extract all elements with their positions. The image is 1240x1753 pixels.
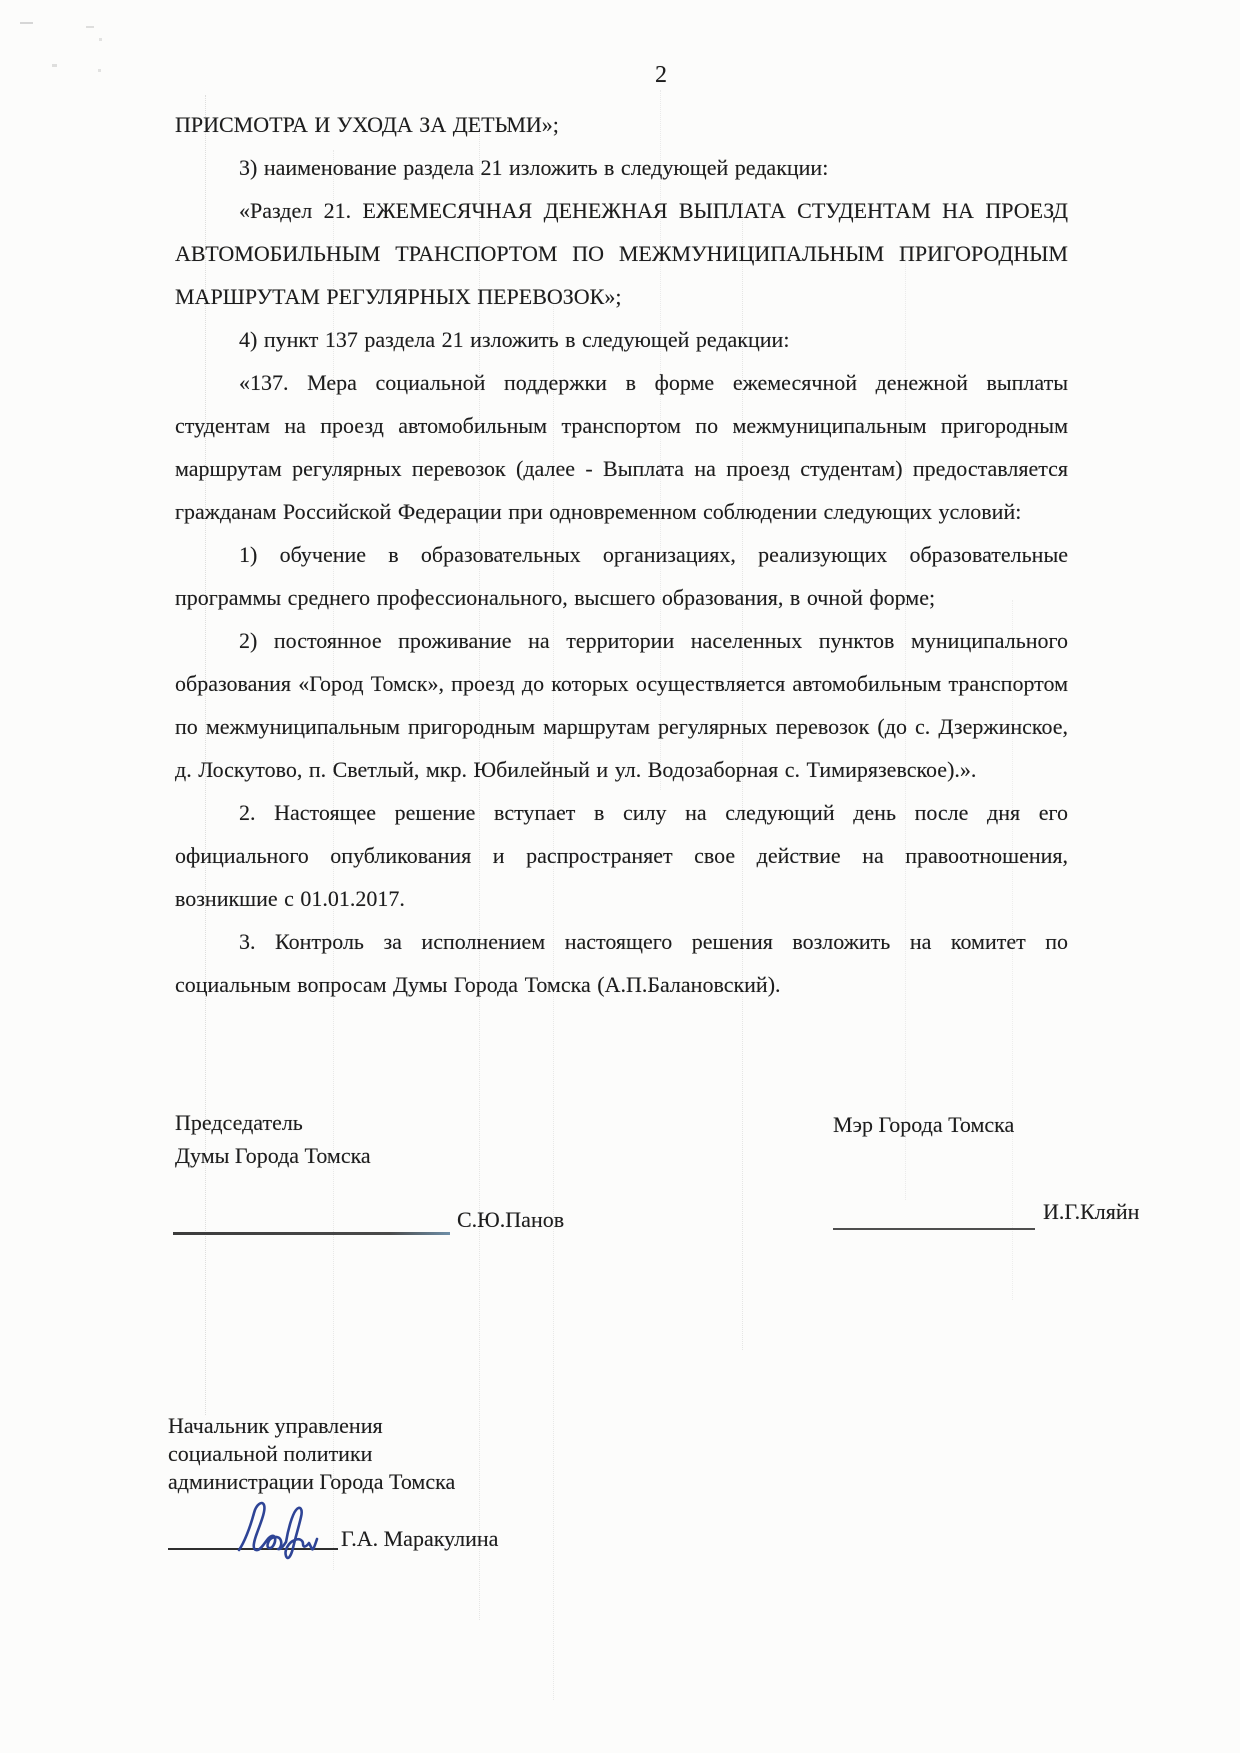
paragraph-clause-3: 3. Контроль за исполнением настоящего ре… bbox=[175, 920, 1068, 1006]
paragraph-continuation: ПРИСМОТРА И УХОДА ЗА ДЕТЬМИ»; bbox=[175, 103, 1068, 146]
scan-artifact bbox=[99, 38, 102, 41]
scanned-document-page: 2 ПРИСМОТРА И УХОДА ЗА ДЕТЬМИ»; 3) наиме… bbox=[0, 0, 1240, 1753]
scan-artifact bbox=[20, 22, 33, 24]
paragraph-condition-1: 1) обучение в образовательных организаци… bbox=[175, 533, 1068, 619]
mayor-signature-line bbox=[833, 1228, 1035, 1230]
chairman-signature-line bbox=[173, 1232, 450, 1235]
chairman-name: С.Ю.Панов bbox=[457, 1207, 564, 1233]
mayor-name: И.Г.Кляйн bbox=[1043, 1199, 1139, 1225]
scan-artifact bbox=[98, 69, 101, 72]
mayor-title: Мэр Города Томска bbox=[833, 1108, 1014, 1141]
scan-artifact bbox=[52, 64, 57, 67]
chairman-title-line1: Председатель bbox=[175, 1106, 371, 1139]
department-head-title: Начальник управления социальной политики… bbox=[168, 1412, 455, 1496]
paragraph-item-3: 3) наименование раздела 21 изложить в сл… bbox=[175, 146, 1068, 189]
chairman-title-line2: Думы Города Томска bbox=[175, 1139, 371, 1172]
department-head-title-line2: социальной политики bbox=[168, 1440, 455, 1468]
handwritten-signature-icon bbox=[233, 1498, 339, 1564]
department-head-title-line3: администрации Города Томска bbox=[168, 1468, 455, 1496]
page-number: 2 bbox=[655, 62, 668, 89]
paragraph-clause-137: «137. Мера социальной поддержки в форме … bbox=[175, 361, 1068, 533]
paragraph-item-4: 4) пункт 137 раздела 21 изложить в следу… bbox=[175, 318, 1068, 361]
chairman-title: Председатель Думы Города Томска bbox=[175, 1106, 371, 1172]
paragraph-section-21-title: «Раздел 21. ЕЖЕМЕСЯЧНАЯ ДЕНЕЖНАЯ ВЫПЛАТА… bbox=[175, 189, 1068, 318]
paragraph-condition-2: 2) постоянное проживание на территории н… bbox=[175, 619, 1068, 791]
paragraph-clause-2: 2. Настоящее решение вступает в силу на … bbox=[175, 791, 1068, 920]
scan-artifact bbox=[86, 26, 94, 28]
department-head-name: Г.А. Маракулина bbox=[341, 1526, 498, 1552]
document-body: ПРИСМОТРА И УХОДА ЗА ДЕТЬМИ»; 3) наимено… bbox=[175, 103, 1068, 1006]
department-head-title-line1: Начальник управления bbox=[168, 1412, 455, 1440]
